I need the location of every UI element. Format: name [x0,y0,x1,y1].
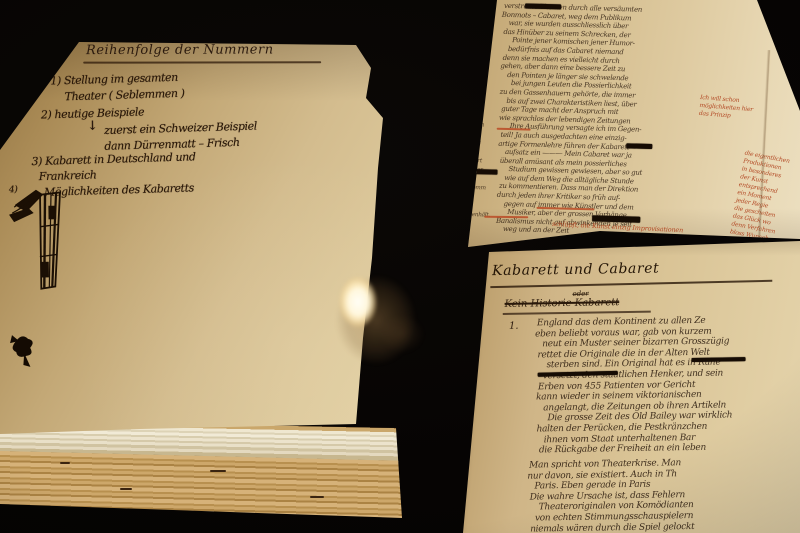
arrow-right-icon: ➔ [28,77,36,87]
paper-edge-speck [310,496,324,498]
ink-strikethrough-mark [691,357,745,362]
handwritten-line: niemals wären durch die Spiel gelockt [530,522,694,533]
paragraph-2: Man spricht von Theaterkrise. Mannur dav… [529,458,694,533]
page7-margin-inserts: Ich werdeja auchdass Abendquasi gespielt… [440,84,493,220]
handwritten-margin-line: so steifen Art [447,156,492,166]
title-insert-word: oder [572,290,588,298]
title-underline [490,280,772,288]
subtitle-underline [503,311,651,315]
handwritten-margin-line: ebenfalls zu [447,129,492,139]
ink-drawing-stamp [2,182,85,393]
outline-item-1: 1) Stellung im gesamten [50,71,178,88]
ink-redaction-mark [525,3,561,9]
list-marker: 1. [509,321,519,332]
red-strike-mark [484,216,528,218]
kabarett-page-content: Kabarett und Cabaret oder Kein Historie … [439,220,800,533]
manuscript-page-7: 7 verstreute Themen durch alle versäumte… [430,0,800,260]
left-outline-page: Reihenfolge der Nummern ➔ 1) Stellung im… [0,0,420,460]
museum-photo-stage: Reihenfolge der Nummern ➔ 1) Stellung im… [0,0,800,533]
handwritten-margin-line: dass Abend [448,102,493,112]
paper-edge-speck [210,470,226,472]
paper-edge-speck [120,488,132,490]
red-margin-note-top: Ich will schonmöglichkeiten hierdas Prin… [698,94,753,122]
arrow-down-icon: ↓ [87,119,98,134]
handwritten-margin-line: quasi gespielt [443,111,493,121]
outline-title: Reihenfolge der Nummern [86,42,274,58]
handwritten-margin-line: überarbeitung [442,138,492,148]
paper-edge-speck [60,462,70,464]
handwritten-margin-line: ausdrücklich [439,174,491,184]
paper-stack-edges [0,418,410,533]
handwritten-margin-line: Weile als [438,201,490,211]
page-number: 7 [458,79,465,90]
handwritten-margin-line: Historie komm [446,183,491,193]
paragraph-1: England das dem Kontinent zu allen Zeebe… [537,315,733,456]
handwritten-margin-line: Ich werde [444,84,494,94]
title-underline [83,61,321,63]
left-page-content: Reihenfolge der Nummern ➔ 1) Stellung im… [0,0,426,461]
struck-subtitle: Kein Historie Kabarett [505,297,620,310]
ink-redaction-mark [626,143,652,149]
handwritten-line: die Rückgabe der Freiheit an ein leben [539,442,733,456]
page7-content: 7 verstreute Themen durch alle versäumte… [423,0,800,268]
outline-item-3: zuerst ein Schweizer Beispiel [104,119,257,137]
handwritten-margin-line: aus, Bei das [441,192,491,202]
outline-item-1b: Theater ( Seblemmen ) [64,87,184,104]
outline-item-4b: Frankreich [39,168,97,183]
ink-redaction-mark [469,169,497,175]
handwritten-margin-line: zwischen jede [440,147,492,157]
manuscript-page-kabarett: Kabarett und Cabaret oder Kein Historie … [440,225,800,533]
page7-body-text: verstreute Themen durch alle versäumtenB… [498,2,647,238]
essay-title: Kabarett und Cabaret [492,260,659,279]
outline-item-4: 3) Kabarett in Deutschland und [31,150,195,168]
handwritten-margin-line: nur machen [452,120,493,130]
handwritten-margin-line: ja auch [441,93,493,103]
